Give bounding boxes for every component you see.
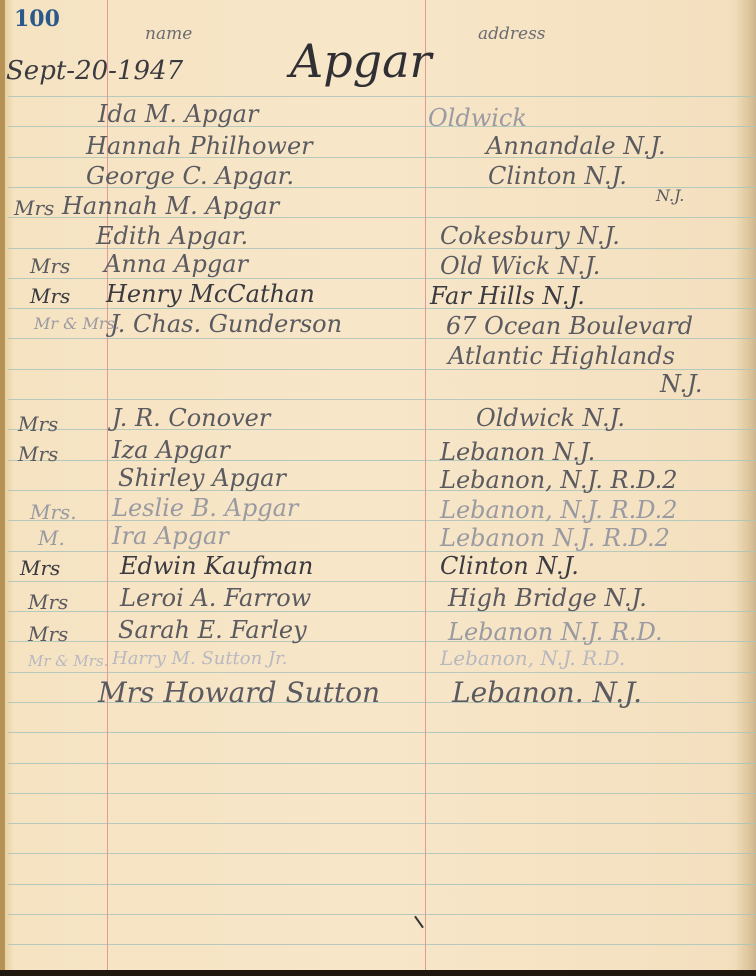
entry-address: Old Wick N.J.: [440, 252, 600, 280]
page-binding-edge: [0, 0, 5, 970]
entry-name: Mrs Howard Sutton: [98, 676, 380, 709]
entry-title: Mrs: [14, 196, 54, 220]
ledger-page: 100 name address Sept-20-1947 Apgar Ida …: [0, 0, 756, 970]
entry-name: Iza Apgar: [112, 436, 230, 464]
ruled-line: [8, 884, 756, 885]
entry-date: Sept-20-1947: [6, 56, 183, 86]
entry-address: Cokesbury N.J.: [440, 222, 620, 250]
entry-title: Mr & Mrs.: [34, 314, 120, 333]
entry-address: Lebanon N.J. R.D.: [448, 618, 663, 646]
entry-address: Lebanon. N.J.: [452, 676, 642, 709]
ruled-line: [8, 914, 756, 915]
entry-title: Mrs: [20, 556, 60, 580]
entry-name: J. Chas. Gunderson: [110, 310, 342, 338]
page-right-edge-shadow: [736, 0, 756, 970]
ruled-line: [8, 853, 756, 854]
ruled-line: [8, 944, 756, 945]
entry-name: Edwin Kaufman: [120, 552, 313, 580]
entry-title: M.: [38, 526, 65, 550]
ruled-line: [8, 763, 756, 764]
name-column-label: name: [145, 24, 192, 44]
entry-name: J. R. Conover: [112, 404, 270, 432]
entry-title: Mrs: [18, 412, 58, 436]
entry-address: Lebanon, N.J. R.D.: [440, 646, 625, 670]
entry-name: Henry McCathan: [106, 280, 315, 308]
family-heading: Apgar: [290, 34, 432, 88]
ruled-line: [8, 672, 756, 673]
ruled-line: [8, 278, 756, 279]
entry-title: Mrs: [30, 254, 70, 278]
entry-address: N.J.: [656, 186, 684, 205]
ruled-line: [8, 823, 756, 824]
entry-address: Annandale N.J.: [486, 132, 666, 160]
ruled-line: [8, 308, 756, 309]
entry-address: Oldwick N.J.: [476, 404, 625, 432]
ruled-line: [8, 399, 756, 400]
column-divider-rule: [425, 0, 426, 970]
entry-name: Hannah Philhower: [86, 132, 313, 160]
pen-mark: [414, 916, 424, 929]
entry-address-line3: N.J.: [660, 370, 702, 398]
entry-title: Mrs: [28, 590, 68, 614]
entry-name: Harry M. Sutton Jr.: [112, 648, 288, 669]
entry-address: Lebanon N.J.: [440, 438, 595, 466]
entry-address: Clinton N.J.: [440, 552, 579, 580]
entry-title: Mrs: [30, 284, 70, 308]
entry-title: Mr & Mrs.: [28, 652, 108, 670]
entry-name: Sarah E. Farley: [118, 616, 307, 644]
entry-name: Shirley Apgar: [118, 464, 286, 492]
entry-title: Mrs: [18, 442, 58, 466]
entry-name: Leroi A. Farrow: [120, 584, 311, 612]
ruled-line: [8, 793, 756, 794]
entry-address: Lebanon N.J. R.D.2: [440, 524, 670, 552]
entry-name: Ida M. Apgar: [98, 100, 258, 128]
page-bottom-edge: [0, 970, 756, 976]
entry-title: Mrs.: [30, 500, 77, 524]
entry-name: Leslie B. Apgar: [112, 494, 298, 522]
entry-name: Ira Apgar: [112, 522, 229, 550]
entry-address: Oldwick: [428, 104, 527, 132]
entry-address: 67 Ocean Boulevard: [446, 312, 693, 340]
page-number: 100: [14, 6, 60, 32]
entry-name: Anna Apgar: [104, 250, 248, 278]
entry-name: George C. Apgar.: [86, 162, 294, 190]
ruled-line: [8, 96, 756, 97]
address-column-label: address: [478, 24, 546, 44]
entry-address: Lebanon, N.J. R.D.2: [440, 466, 678, 494]
entry-address: Far Hills N.J.: [430, 282, 585, 310]
entry-title: Mrs: [28, 622, 68, 646]
entry-address-line2: Atlantic Highlands: [448, 342, 675, 370]
entry-address: Clinton N.J.: [488, 162, 627, 190]
ruled-line: [8, 732, 756, 733]
entry-name: Hannah M. Apgar: [62, 192, 279, 220]
entry-address: Lebanon, N.J. R.D.2: [440, 496, 678, 524]
entry-address: High Bridge N.J.: [448, 584, 647, 612]
entry-name: Edith Apgar.: [96, 222, 248, 250]
ruled-line: [8, 581, 756, 582]
